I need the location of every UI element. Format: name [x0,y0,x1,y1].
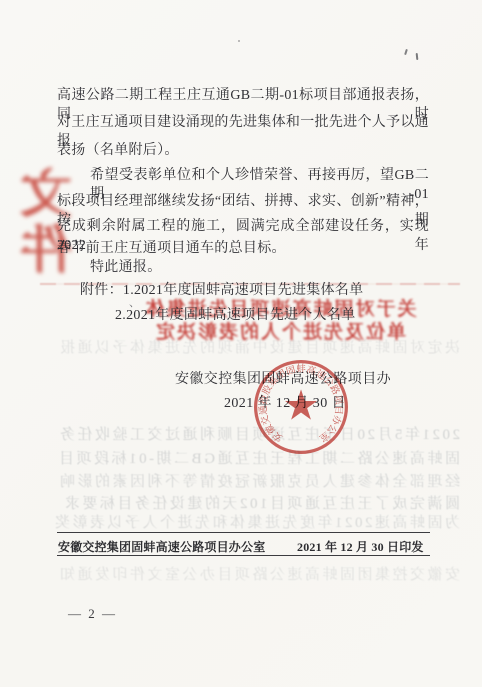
bleed-line: 圆满完成了王庄互通项目102天的建设任务目标要求 [45,492,460,513]
attachment-item: 1.2021年度固蚌高速项目先进集体名单 [123,283,364,298]
official-stamp: ★ 安徽交通控股集团固蚌高速公路项目办公室 [249,355,353,459]
footer-print-date: 2021 年 12 月 30 日印发 [297,538,424,555]
attachment-label: 附件： [80,283,123,298]
attachment-line: 附件：1.2021年度固蚌高速项目先进集体名单 [80,281,363,300]
bleed-line: 经理部全体参建人员克服新冠疫情等不利因素的影响 [45,470,460,491]
ink-speck [404,49,408,55]
ink-speck [416,53,419,60]
ink-speck [238,40,240,42]
bleed-line: 安徽交控集团固蚌高速公路项目办公室文件印发通知 [45,563,460,584]
closing-line: 特此通报。 [90,258,162,277]
page-number: — 2 — [68,606,117,622]
footer-bottom-rule [57,555,430,556]
footer-issuer: 安徽交控集团固蚌高速公路项目办公室 [58,538,265,555]
svg-text:固: 固 [285,364,297,377]
attachment-item: 2.2021年度固蚌高速项目先进个人名单 [115,306,356,325]
footer-top-rule [57,532,430,533]
bleed-line: 决定对固蚌高速项目建设中涌现的先进集体予以通报 [45,336,460,357]
stamp-star-icon: ★ [282,380,319,429]
bleed-line: 为固蚌高速2021年度先进集体和先进个人予以表彰奖 [45,511,460,532]
body-line: 春节前王庄互通项目通车的总目标。 [57,239,286,258]
body-line: 表扬（名单附后）。 [57,141,179,160]
document-page: 文件 关于对固蚌高速项目先进集体 单位及先进个人的表彰决定 决定对固蚌高速项目建… [0,0,482,687]
